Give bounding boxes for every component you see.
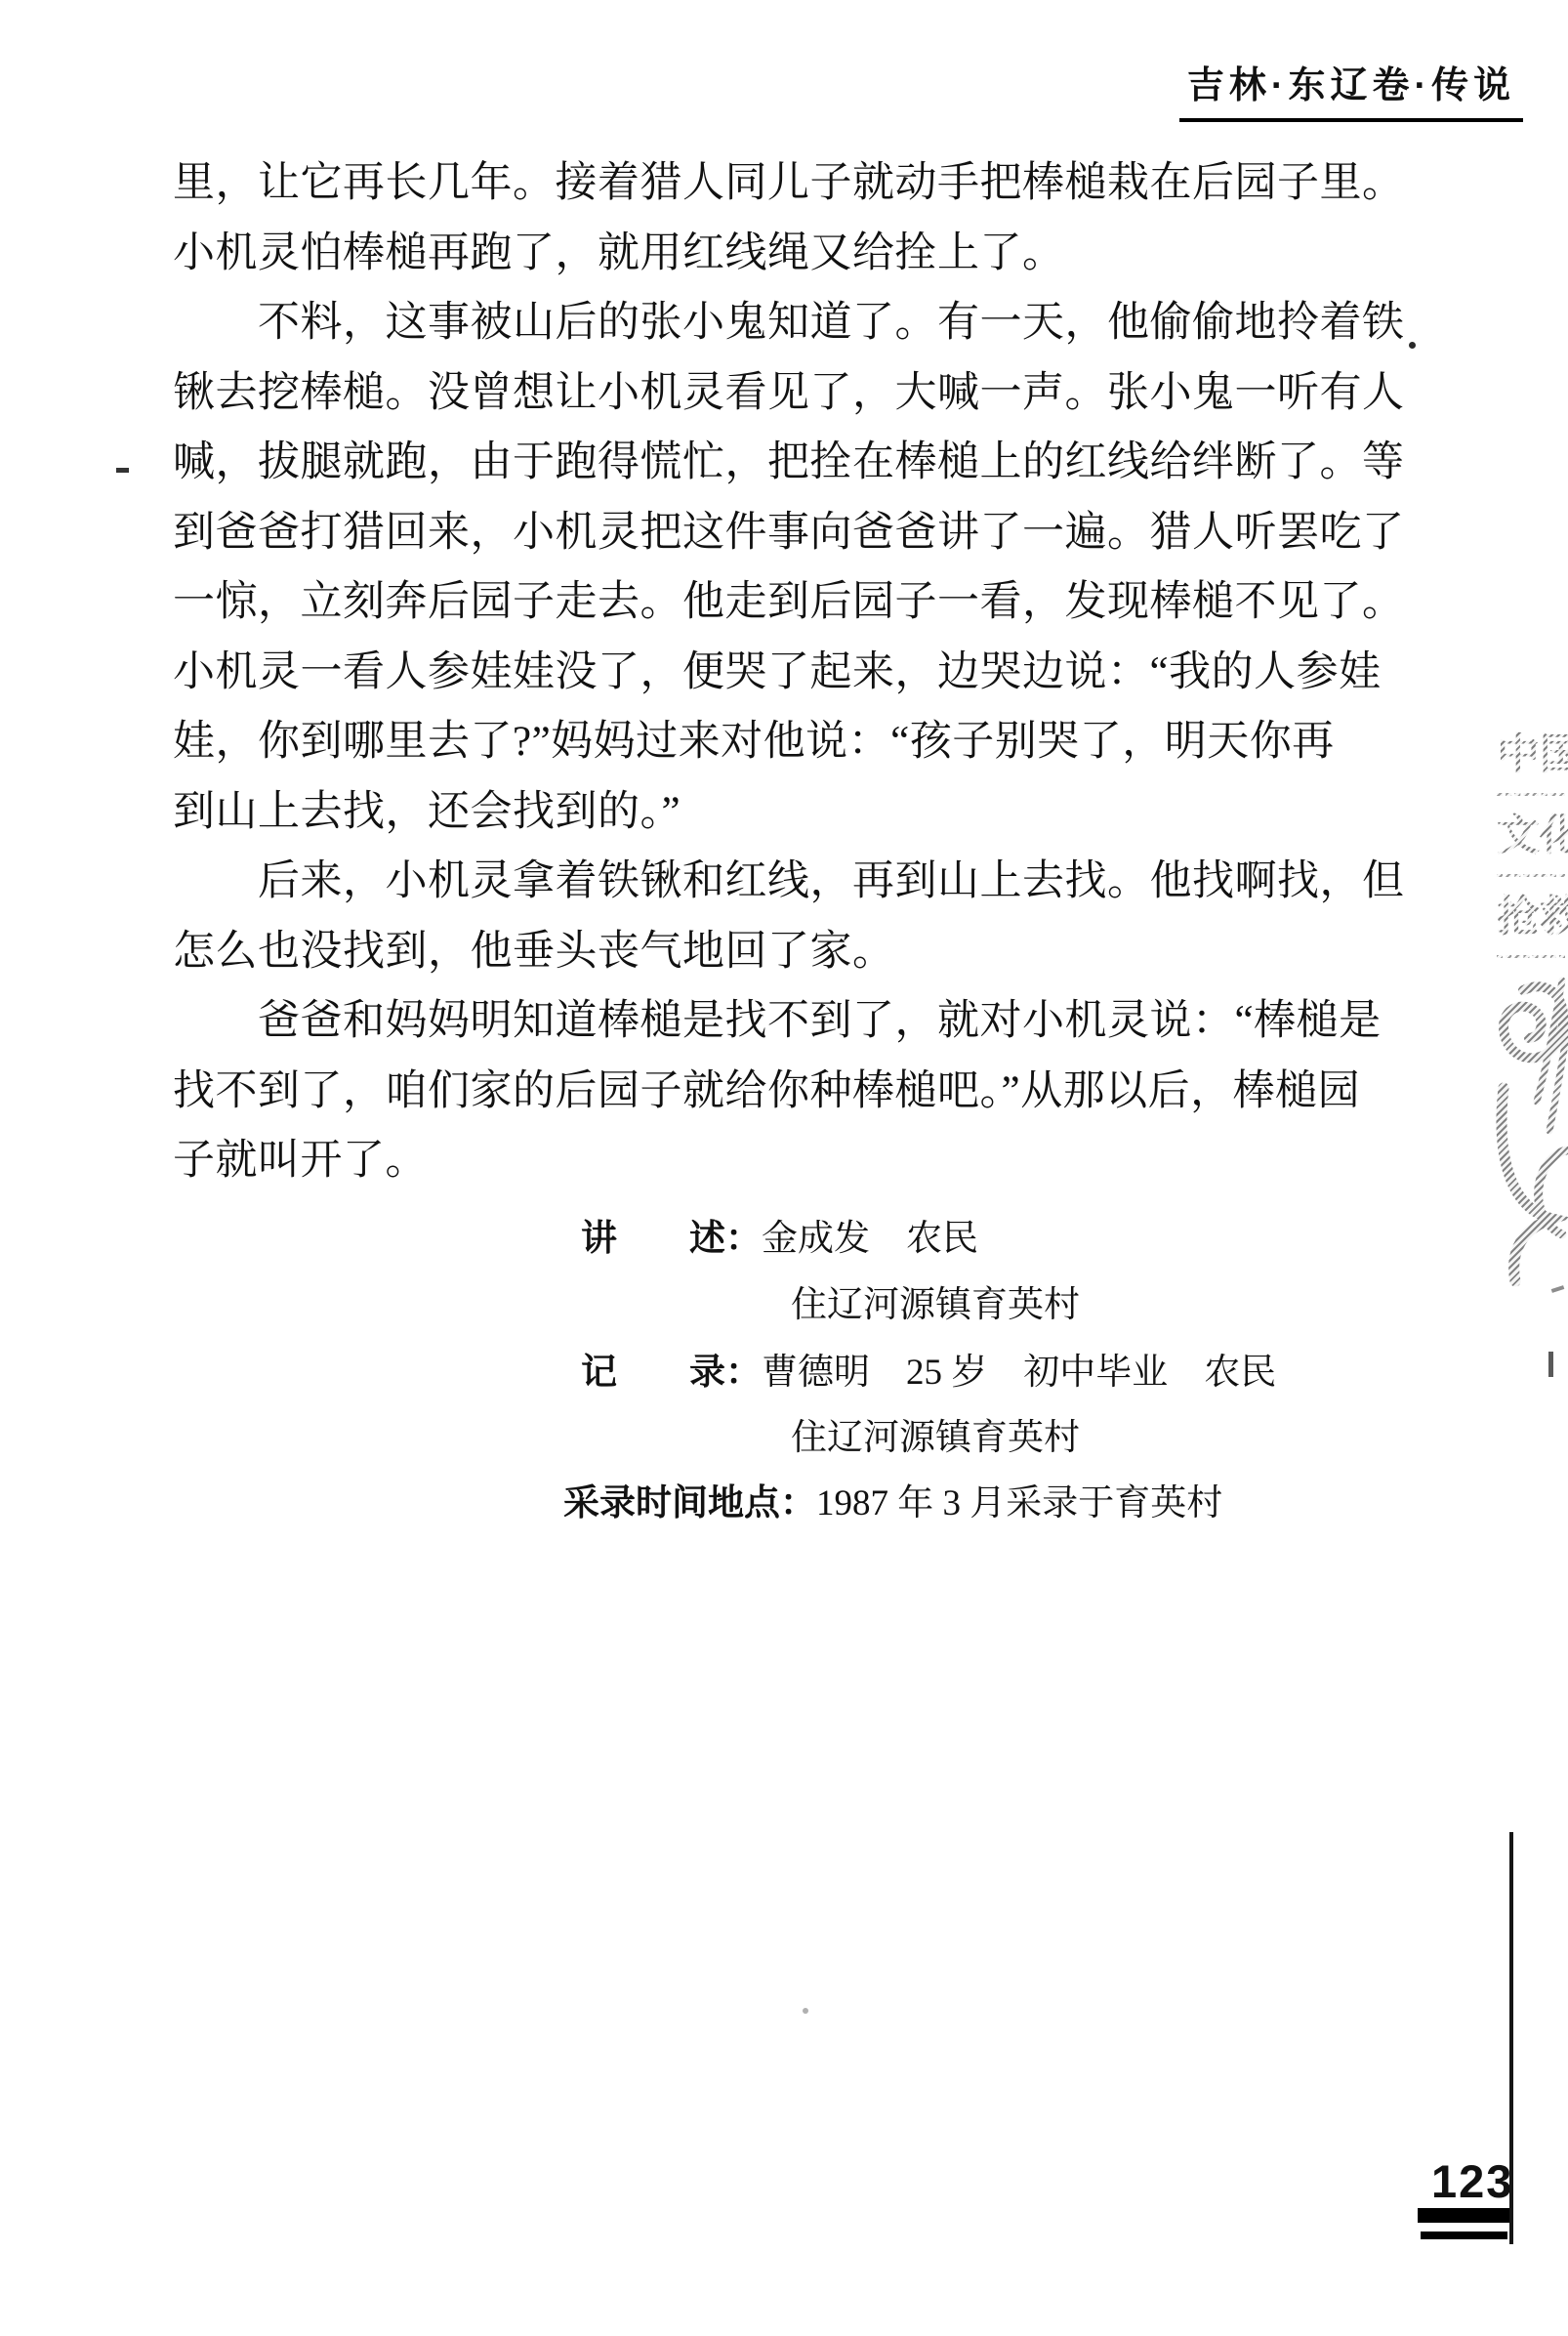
attribution-label: 讲 述：	[581, 1218, 762, 1258]
attribution-recorder: 记 录：曹德明 25 岁 初中毕业 农民	[581, 1351, 1276, 1395]
swirl-logo-icon	[1492, 973, 1568, 1305]
scan-speck	[1409, 342, 1416, 349]
story-line: 娃，你到哪里去了?”妈妈过来对他说：“孩子别哭了，明天你再	[173, 707, 1418, 777]
story-text: 里，让它再长几年。接着猎人同儿子就动手把棒槌栽在后园子里。 小机灵怕棒槌再跑了，…	[173, 148, 1418, 1196]
stamp-divider	[1497, 874, 1565, 877]
running-head: 吉林·东辽卷·传说	[1179, 55, 1523, 122]
story-line: 怎么也没找到，他垂头丧气地回了家。	[173, 917, 1418, 987]
stamp-row: 中国	[1497, 725, 1568, 785]
scan-speck	[116, 468, 129, 473]
story-line: 小机灵怕棒槌再跑了，就用红线绳又给拴上了。	[173, 219, 1418, 289]
story-line: 子就叫开了。	[173, 1126, 1418, 1196]
book-page: 吉林·东辽卷·传说 里，让它再长几年。接着猎人同儿子就动手把棒槌栽在后园子里。 …	[0, 0, 1568, 2336]
attribution-text: 1987 年 3 月采录于育英村	[816, 1483, 1222, 1523]
stamp-row: 文化	[1497, 806, 1568, 866]
attribution-narrator: 讲 述：金成发 农民	[581, 1217, 978, 1261]
attribution-text: 住辽河源镇育英村	[791, 1285, 1080, 1325]
attribution-text: 住辽河源镇育英村	[791, 1418, 1080, 1458]
attribution-time-place: 采录时间地点：1987 年 3 月采录于育英村	[563, 1481, 1222, 1525]
page-number-rule-thick	[1418, 2208, 1511, 2223]
stamp-divider	[1497, 955, 1565, 958]
story-line: 爸爸和妈妈明知道棒槌是找不到了，就对小机灵说：“棒槌是	[173, 986, 1418, 1057]
story-line: 找不到了，咱们家的后园子就给你种棒槌吧。”从那以后，棒槌园	[173, 1057, 1418, 1127]
story-line: 不料，这事被山后的张小鬼知道了。有一天，他偷偷地拎着铁	[173, 288, 1418, 358]
attribution-text: 金成发 农民	[762, 1219, 978, 1259]
story-line: 喊，拔腿就跑，由于跑得慌忙，把拴在棒槌上的红线给绊断了。等	[173, 428, 1418, 498]
attribution-narrator-address: 住辽河源镇育英村	[791, 1284, 1080, 1327]
series-stamp: 中国 文化 抢救	[1497, 725, 1568, 968]
stamp-row: 抢救	[1497, 887, 1568, 947]
page-number-rule-thin	[1421, 2232, 1507, 2239]
attribution-recorder-address: 住辽河源镇育英村	[791, 1417, 1080, 1460]
story-line: 到山上去找，还会找到的。”	[173, 777, 1418, 848]
story-line: 一惊，立刻奔后园子走去。他走到后园子一看，发现棒槌不见了。	[173, 567, 1418, 638]
attribution-text: 曹德明 25 岁 初中毕业 农民	[762, 1353, 1276, 1393]
attribution-label: 采录时间地点：	[563, 1482, 816, 1523]
story-line: 里，让它再长几年。接着猎人同儿子就动手把棒槌栽在后园子里。	[173, 148, 1418, 219]
page-number: 123	[1431, 2154, 1513, 2208]
attribution-label: 记 录：	[581, 1352, 762, 1392]
scan-speck	[803, 2008, 808, 2014]
scan-speck	[1548, 1352, 1553, 1377]
story-line: 锹去挖棒槌。没曾想让小机灵看见了，大喊一声。张小鬼一听有人	[173, 358, 1418, 429]
stamp-divider	[1497, 793, 1565, 796]
story-line: 到爸爸打猎回来，小机灵把这件事向爸爸讲了一遍。猎人听罢吃了	[173, 498, 1418, 568]
story-line: 小机灵一看人参娃娃没了，便哭了起来，边哭边说：“我的人参娃	[173, 638, 1418, 708]
page-edge-line	[1509, 1832, 1513, 2244]
story-line: 后来，小机灵拿着铁锹和红线，再到山上去找。他找啊找，但	[173, 847, 1418, 917]
